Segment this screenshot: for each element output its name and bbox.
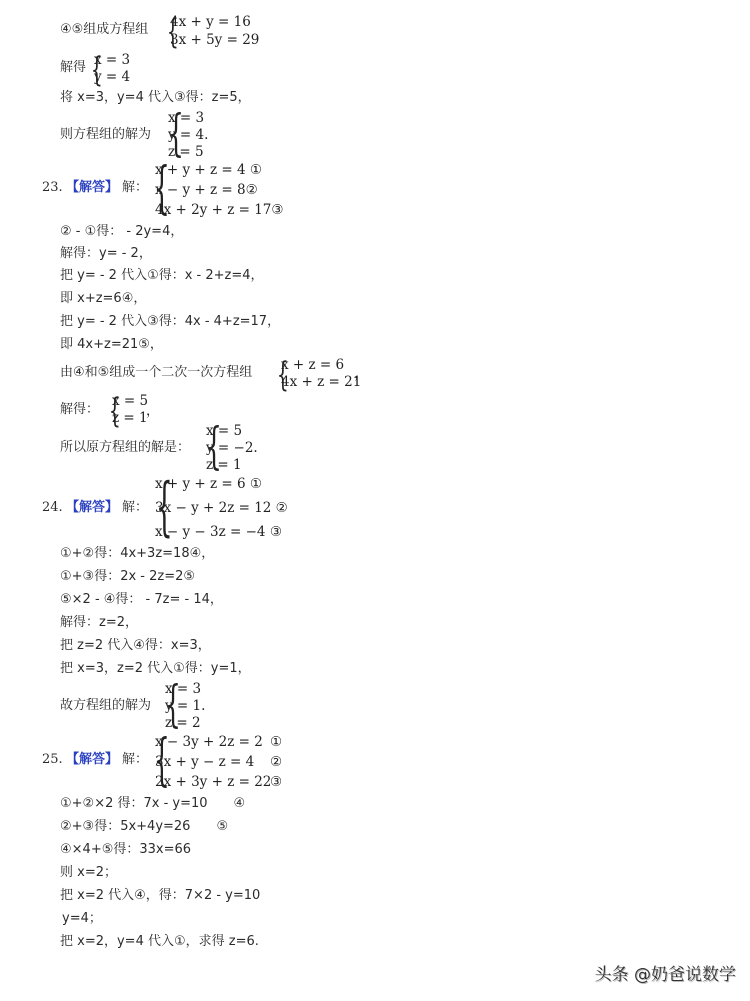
answer-tag: 【解答】 (66, 180, 118, 196)
watermark: 头条 @奶爸说数学 (595, 960, 736, 985)
equation: z = 1 (112, 410, 148, 426)
equation: 4x + z = 21 (281, 374, 361, 390)
equation-mark: ③ (270, 774, 282, 790)
step-line: ①+③得：2x - 2z=2⑤ (60, 569, 195, 585)
answer-tag: 【解答】 (66, 752, 118, 768)
step-line: 则 x=2； (60, 865, 117, 881)
equation-mark: ② (270, 754, 282, 770)
equation: x = 3 (94, 52, 130, 68)
step-line: 即 4x+z=21⑤， (60, 337, 163, 353)
step-line: ②+③得：5x+4y=26 ⑤ (60, 819, 228, 835)
jie-label: 解： (122, 752, 148, 768)
equation-mark: ① (270, 734, 282, 750)
step-line: 把 y= - 2 代入①得：x - 2+z=4， (60, 268, 264, 284)
step-line: 把 x=3，z=2 代入①得：y=1， (60, 661, 251, 677)
suffix: ， (354, 366, 368, 382)
step-line: ⑤×2 - ④得： - 7z= - 14， (60, 592, 223, 608)
equation: x = 3 (165, 681, 201, 697)
final-label: 故方程组的解为 (60, 698, 151, 714)
step-line: 把 z=2 代入④得：x=3， (60, 638, 211, 654)
equation: x + y + z = 6 ① (155, 476, 262, 492)
equation: z = 2 (165, 715, 201, 731)
step-line: ①+②×2 得：7x - y=10 ④ (60, 796, 245, 812)
step-line: 即 x+z=6④， (60, 291, 146, 307)
equation: 3x + y − z = 4 (155, 754, 254, 770)
problem-number: 23. (42, 180, 63, 196)
combine-label: 由④和⑤组成一个二次一次方程组 (60, 365, 252, 381)
step-line: y=4； (62, 911, 102, 927)
equation: x − y − 3z = −4 ③ (155, 524, 282, 540)
equation: 3x + 5y = 29 (170, 32, 259, 48)
combine-label: ④⑤组成方程组 (60, 22, 148, 38)
problem-number: 25. (42, 752, 63, 768)
step-line: 把 x=2 代入④，得：7×2 - y=10 (60, 888, 260, 904)
step-line: 把 y= - 2 代入③得：4x - 4+z=17， (60, 314, 280, 330)
step-line: ④×4+⑤得：33x=66 (60, 842, 191, 858)
answer-tag: 【解答】 (66, 500, 118, 516)
equation: 4x + 2y + z = 17③ (155, 202, 284, 218)
jie-label: 解： (122, 180, 148, 196)
solve-label: 解得 (60, 60, 86, 76)
equation: x − y + z = 8② (155, 182, 258, 198)
suffix: ， (146, 403, 160, 419)
equation: 2x + 3y + z = 22 (155, 774, 271, 790)
step-line: ② - ①得： - 2y=4， (60, 224, 183, 240)
step-line: ①+②得：4x+3z=18④， (60, 546, 214, 562)
step-line: 把 x=2，y=4 代入①，求得 z=6. (60, 934, 259, 950)
equation: y = 1. (165, 698, 205, 714)
step-line: 将 x=3，y=4 代入③得：z=5， (60, 90, 251, 106)
equation: x − 3y + 2z = 2 (155, 734, 263, 750)
jie-label: 解： (122, 500, 148, 516)
equation: x = 5 (112, 393, 148, 409)
equation: 3x − y + 2z = 12 ② (155, 500, 288, 516)
equation: x = 5 (206, 423, 242, 439)
equation: x + z = 6 (281, 357, 344, 373)
step-line: 解得：y= - 2， (60, 246, 152, 262)
equation: x = 3 (168, 110, 204, 126)
equation: y = 4. (168, 127, 208, 143)
equation: y = 4 (94, 69, 130, 85)
problem-number: 24. (42, 500, 63, 516)
solve-label: 解得： (60, 402, 99, 418)
equation: x + y + z = 4 ① (155, 162, 262, 178)
equation: z = 5 (168, 144, 204, 160)
equation: z = 1 (206, 457, 242, 473)
equation: y = −2. (206, 440, 258, 456)
final-label: 则方程组的解为 (60, 127, 151, 143)
equation: 4x + y = 16 (170, 14, 251, 30)
step-line: 解得：z=2， (60, 615, 138, 631)
final-label: 所以原方程组的解是： (60, 440, 190, 456)
